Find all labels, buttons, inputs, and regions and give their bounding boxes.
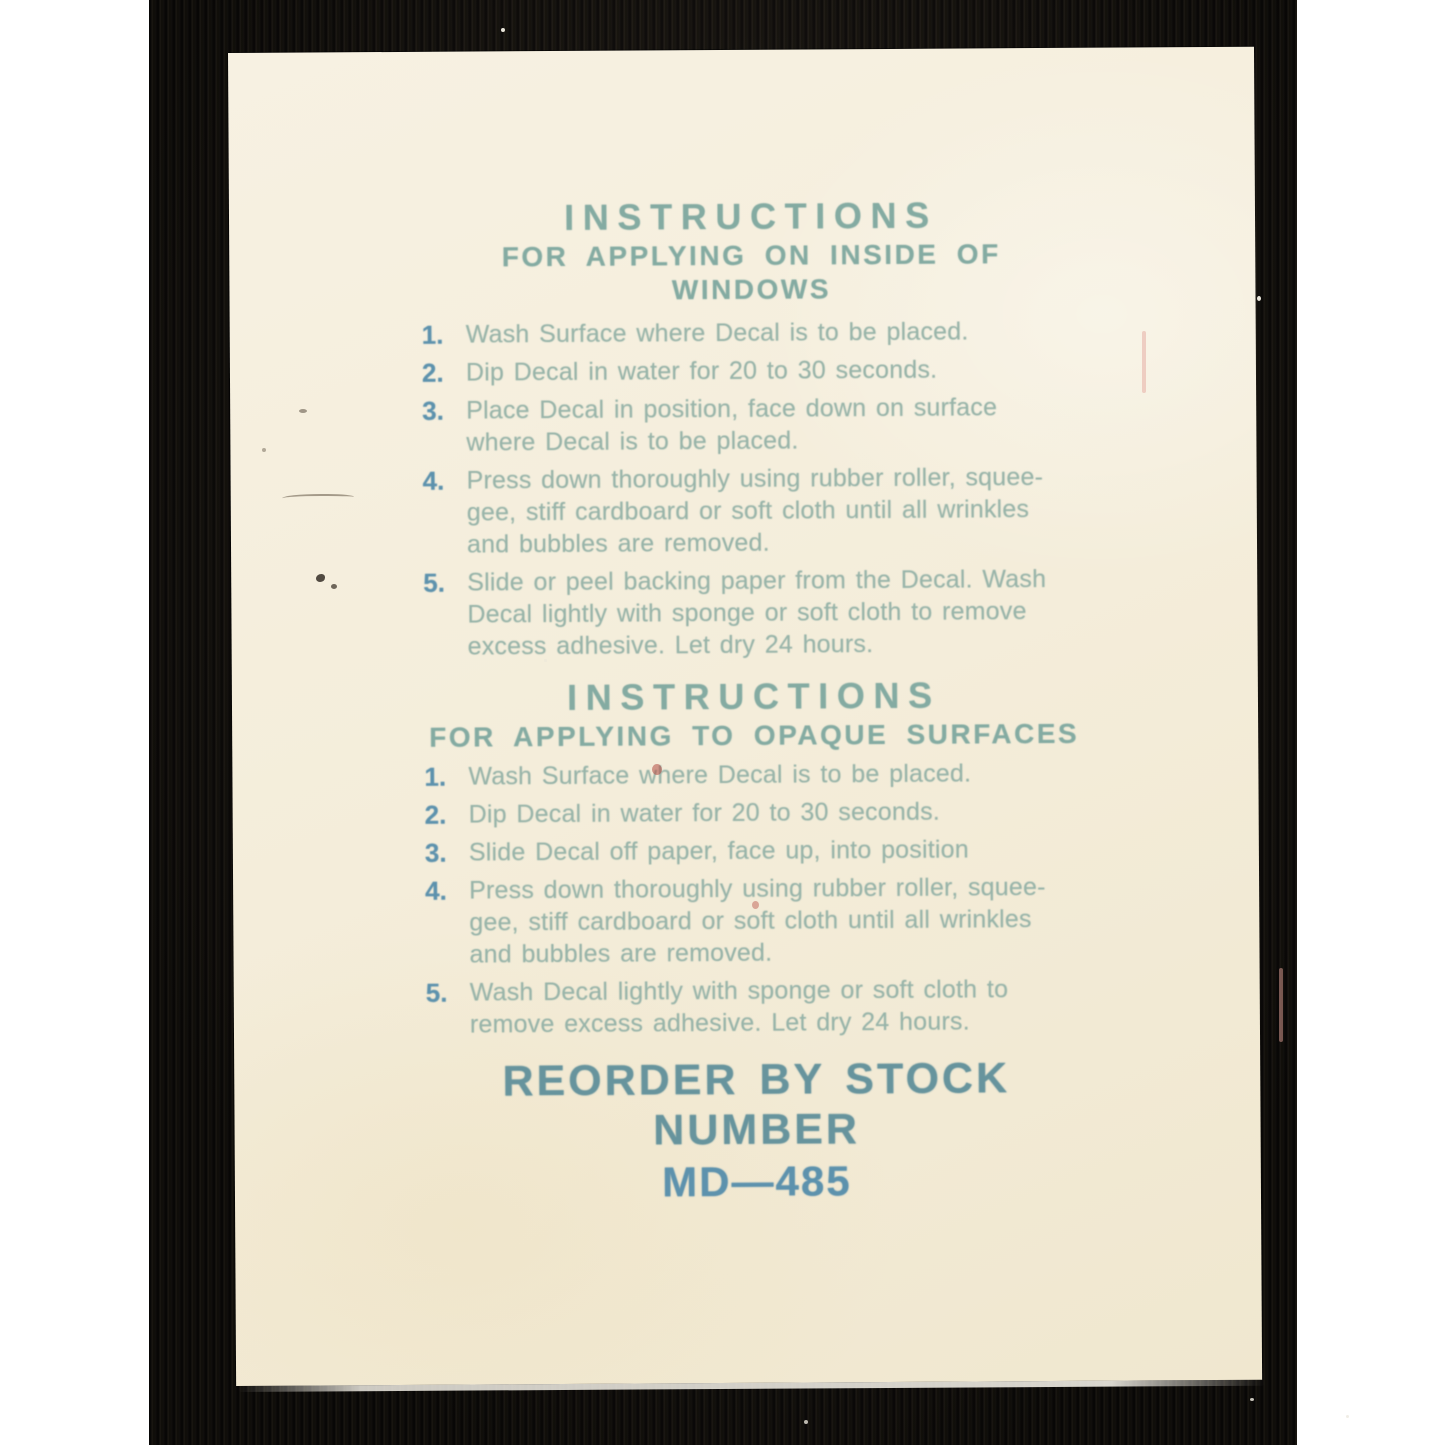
stock-number: MD—485 bbox=[427, 1155, 1087, 1209]
list-item: 5. Wash Decal lightly with sponge or sof… bbox=[426, 973, 1118, 1041]
instruction-list: 1. Wash Surface where Decal is to be pla… bbox=[424, 757, 1118, 1041]
item-text: Wash Surface where Decal is to be placed… bbox=[466, 315, 1114, 351]
list-item: 3. Place Decal in position, face down on… bbox=[422, 391, 1114, 459]
instruction-list: 1. Wash Surface where Decal is to be pla… bbox=[422, 315, 1116, 663]
item-number: 1. bbox=[422, 319, 466, 351]
section-subtitle: FOR APPLYING ON INSIDE OF WINDOWS bbox=[421, 237, 1081, 309]
item-text: Slide or peel backing paper from the Dec… bbox=[467, 563, 1116, 663]
item-number: 3. bbox=[422, 395, 466, 427]
section-opaque: INSTRUCTIONS FOR APPLYING TO OPAQUE SURF… bbox=[424, 673, 1118, 1041]
item-number: 4. bbox=[423, 465, 467, 497]
photo-canvas: INSTRUCTIONS FOR APPLYING ON INSIDE OF W… bbox=[0, 0, 1445, 1445]
section-title: INSTRUCTIONS bbox=[421, 193, 1081, 241]
item-number: 5. bbox=[423, 567, 467, 599]
instruction-sheet: INSTRUCTIONS FOR APPLYING ON INSIDE OF W… bbox=[228, 47, 1262, 1386]
section-title: INSTRUCTIONS bbox=[424, 673, 1084, 721]
lint-speck bbox=[501, 28, 505, 32]
item-number: 2. bbox=[425, 799, 469, 831]
item-text: Place Decal in position, face down on su… bbox=[466, 391, 1114, 459]
item-text: Wash Surface where Decal is to be placed… bbox=[468, 757, 1116, 793]
list-item: 2. Dip Decal in water for 20 to 30 secon… bbox=[422, 353, 1114, 389]
list-item: 4. Press down thoroughly using rubber ro… bbox=[423, 461, 1116, 561]
sheet-content: INSTRUCTIONS FOR APPLYING ON INSIDE OF W… bbox=[421, 193, 1119, 1209]
item-number: 1. bbox=[424, 761, 468, 793]
lint-speck bbox=[804, 1420, 808, 1424]
list-item: 1. Wash Surface where Decal is to be pla… bbox=[422, 315, 1114, 351]
item-number: 2. bbox=[422, 357, 466, 389]
item-number: 5. bbox=[426, 977, 470, 1009]
section-subtitle: FOR APPLYING TO OPAQUE SURFACES bbox=[424, 717, 1084, 755]
lint-speck bbox=[1346, 1415, 1349, 1418]
item-number: 4. bbox=[425, 875, 469, 907]
list-item: 3. Slide Decal off paper, face up, into … bbox=[425, 833, 1117, 869]
list-item: 4. Press down thoroughly using rubber ro… bbox=[425, 871, 1118, 971]
item-number: 3. bbox=[425, 837, 469, 869]
list-item: 1. Wash Surface where Decal is to be pla… bbox=[424, 757, 1116, 793]
list-item: 5. Slide or peel backing paper from the … bbox=[423, 563, 1116, 663]
item-text: Dip Decal in water for 20 to 30 seconds. bbox=[469, 795, 1117, 831]
item-text: Dip Decal in water for 20 to 30 seconds. bbox=[466, 353, 1114, 389]
list-item: 2. Dip Decal in water for 20 to 30 secon… bbox=[425, 795, 1117, 831]
lint-speck bbox=[1250, 1398, 1254, 1401]
item-text: Wash Decal lightly with sponge or soft c… bbox=[470, 973, 1118, 1041]
section-windows: INSTRUCTIONS FOR APPLYING ON INSIDE OF W… bbox=[421, 193, 1116, 663]
reorder-label: REORDER BY STOCK NUMBER bbox=[426, 1053, 1087, 1157]
reorder-block: REORDER BY STOCK NUMBER MD—485 bbox=[426, 1053, 1087, 1209]
item-text: Press down thoroughly using rubber rolle… bbox=[467, 461, 1116, 561]
item-text: Slide Decal off paper, face up, into pos… bbox=[469, 833, 1117, 869]
item-text: Press down thoroughly using rubber rolle… bbox=[469, 871, 1118, 971]
